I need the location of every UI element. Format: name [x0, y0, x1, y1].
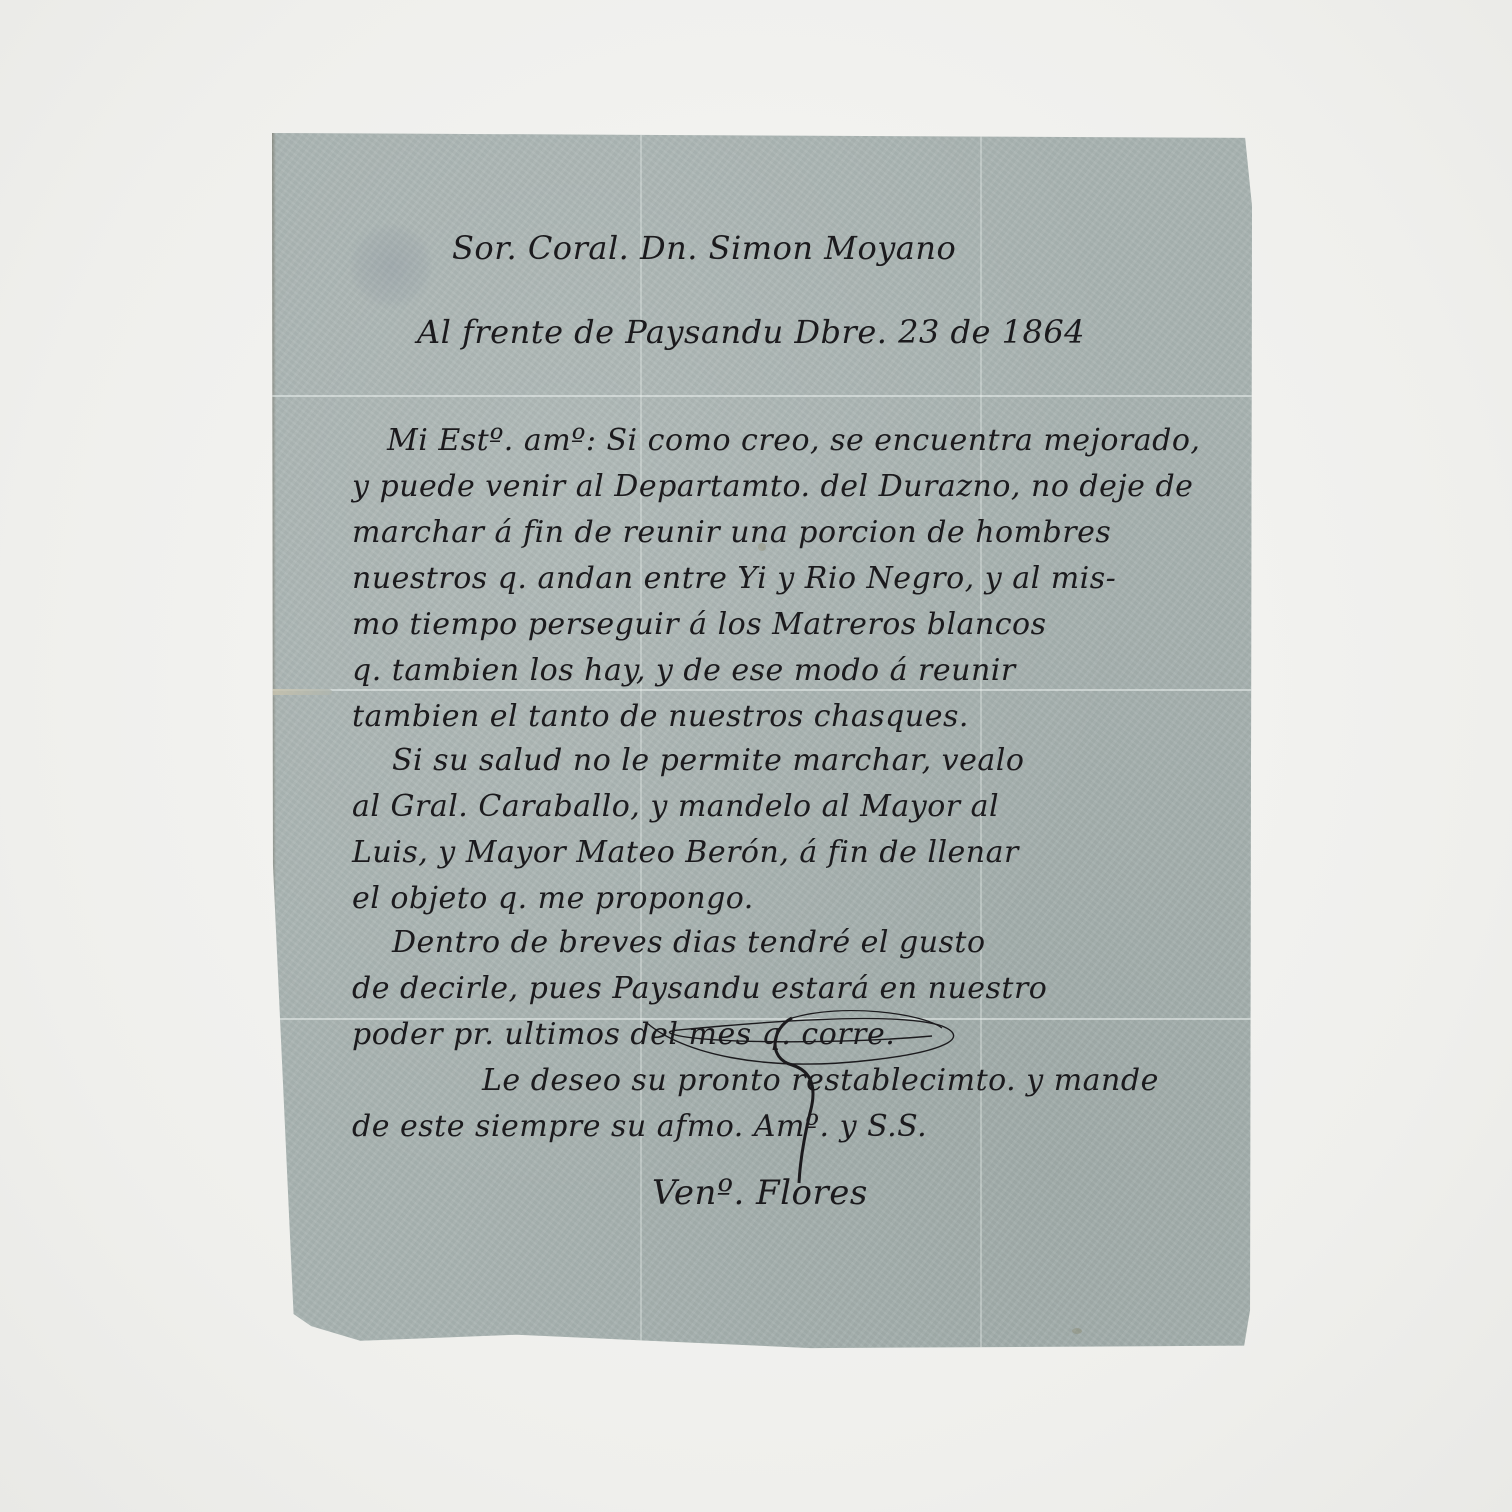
body-line: mo tiempo perseguir á los Matreros blanc…: [352, 607, 1047, 642]
body-line: Dentro de breves dias tendré el gusto: [392, 925, 986, 960]
ink-stain: [1072, 1328, 1082, 1334]
body-line: tambien el tanto de nuestros chasques.: [352, 699, 969, 734]
paper-tear: [272, 689, 332, 695]
body-line: el objeto q. me propongo.: [352, 881, 754, 916]
body-line: Mi Estº. amº: Si como creo, se encuentra…: [387, 423, 1200, 458]
body-line: nuestros q. andan entre Yi y Rio Negro, …: [352, 561, 1116, 596]
body-line: marchar á fin de reunir una porcion de h…: [352, 515, 1111, 550]
letter-sheet: Sor. Coral. Dn. Simon Moyano Al frente d…: [272, 133, 1252, 1353]
place-date-line: Al frente de Paysandu Dbre. 23 de 1864: [417, 313, 1085, 351]
fold-line-upper: [272, 395, 1252, 397]
body-line: y puede venir al Departamto. del Durazno…: [352, 469, 1193, 504]
signature-flourish: [642, 973, 972, 1203]
addressee-line: Sor. Coral. Dn. Simon Moyano: [452, 229, 956, 267]
embossed-seal: [350, 221, 432, 311]
body-line: al Gral. Caraballo, y mandelo al Mayor a…: [352, 789, 999, 824]
fold-line-middle: [272, 689, 1252, 691]
body-line: Luis, y Mayor Mateo Berón, á fin de llen…: [352, 835, 1019, 870]
body-line: q. tambien los hay, y de ese modo á reun…: [352, 653, 1016, 688]
body-line: Si su salud no le permite marchar, vealo: [392, 743, 1024, 778]
